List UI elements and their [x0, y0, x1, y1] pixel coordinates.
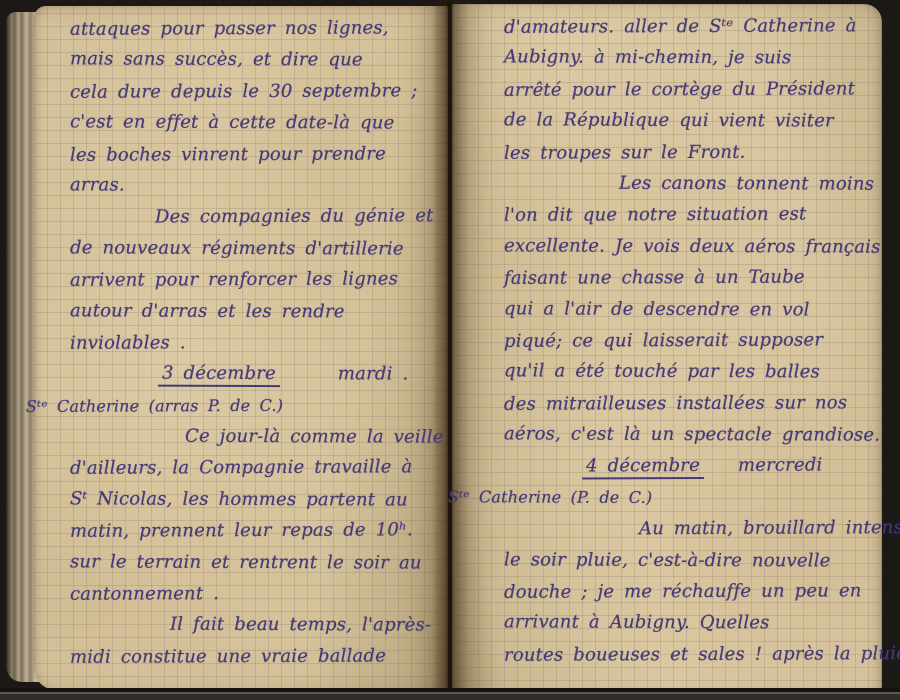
right-page-text: d'amateurs. aller de Sᵗᵉ Catherine à Aub… [504, 11, 886, 670]
handwriting-line: faisant une chasse à un Taube [504, 261, 886, 294]
handwriting-line: midi constitue une vraie ballade [70, 640, 442, 673]
handwriting-line: Des compagnies du génie et [70, 201, 442, 234]
handwriting-line: le soir pluie, c'est-à-dire nouvelle [504, 544, 886, 577]
weekday-text: mardi . [338, 364, 409, 385]
handwriting-line: arrêté pour le cortège du Président [504, 73, 886, 106]
handwriting-line: d'amateurs. aller de Sᵗᵉ Catherine à [504, 10, 886, 43]
date-heading: 3 décembremardi . [70, 358, 442, 391]
handwriting-line: Aubigny. à mi-chemin, je suis [504, 42, 886, 75]
handwriting-line: excellente. Je vois deux aéros français [504, 230, 886, 263]
handwriting-line: c'est en effet à cette date-là que [70, 107, 442, 140]
weekday-text: mercredi [738, 455, 823, 476]
handwriting-line: inviolables . [70, 326, 442, 359]
date-text: 4 décembre [582, 455, 704, 480]
handwriting-line: matin, prennent leur repas de 10ʰ. [70, 514, 442, 547]
handwriting-line: piqué; ce qui laisserait supposer [504, 324, 886, 357]
handwriting-line: cela dure depuis le 30 septembre ; [70, 75, 442, 108]
handwriting-line: de la République qui vient visiter [504, 105, 886, 138]
margin-note: Sᵗᵉ Catherine (arras P. de C.) [26, 389, 442, 422]
handwriting-line: l'on dit que notre situation est [504, 199, 886, 232]
margin-note: Sᵗᵉ Catherine (P. de C.) [448, 481, 886, 514]
handwriting-line: aéros, c'est là un spectacle grandiose. [504, 418, 886, 451]
handwriting-line: autour d'arras et les rendre [70, 295, 442, 328]
handwriting-line: Il fait beau temps, l'après- [70, 609, 442, 642]
handwriting-line: arrivent pour renforcer les lignes [70, 263, 442, 296]
handwriting-line: d'ailleurs, la Compagnie travaille à [70, 452, 442, 485]
handwriting-line: Les canons tonnent moins [504, 167, 886, 200]
handwriting-line: Sᵗ Nicolas, les hommes partent au [70, 483, 442, 516]
handwriting-line: de nouveaux régiments d'artillerie [70, 232, 442, 265]
handwriting-line: cantonnement . [70, 577, 442, 610]
handwriting-line: les troupes sur le Front. [504, 136, 886, 169]
handwriting-line: Au matin, brouillard intense [504, 512, 886, 545]
handwriting-line: qu'il a été touché par les balles [504, 356, 886, 389]
date-text: 3 décembre [158, 363, 280, 387]
handwriting-line: Ce jour-là comme la veille [70, 420, 442, 453]
table-edge [0, 688, 900, 700]
handwriting-line: qui a l'air de descendre en vol [504, 293, 886, 326]
handwriting-line: arrivant à Aubigny. Quelles [504, 607, 886, 640]
left-page-text: attaques pour passer nos lignes, mais sa… [70, 13, 442, 672]
handwriting-line: routes boueuses et sales ! après la plui… [504, 638, 886, 671]
handwriting-line: des mitrailleuses installées sur nos [504, 387, 886, 420]
handwriting-line: mais sans succès, et dire que [70, 44, 442, 77]
handwriting-line: sur le terrain et rentrent le soir au [70, 546, 442, 579]
handwriting-line: les boches vinrent pour prendre [70, 138, 442, 171]
handwriting-line: arras. [70, 169, 442, 202]
date-heading: 4 décembremercredi [504, 450, 886, 483]
notebook-photo: attaques pour passer nos lignes, mais sa… [0, 0, 900, 700]
handwriting-line: attaques pour passer nos lignes, [70, 12, 442, 45]
handwriting-line: douche ; je me réchauffe un peu en [504, 575, 886, 608]
